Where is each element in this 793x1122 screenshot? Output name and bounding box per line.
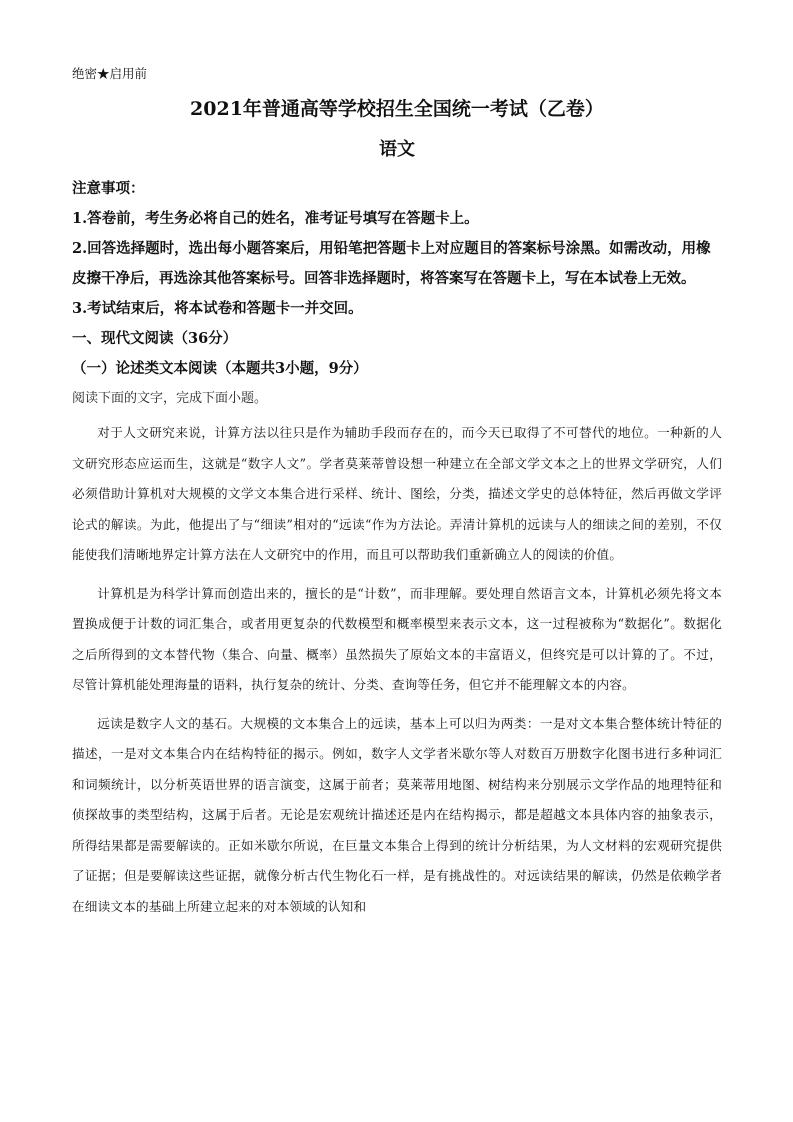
confidential-label: 绝密★启用前: [72, 66, 722, 82]
note-item: 3.考试结束后，将本试卷和答题卡一并交回。: [72, 294, 722, 324]
part-title: 一、现代文阅读（36分）: [72, 324, 722, 354]
note-item: 2.回答选择题时，选出每小题答案后，用铅笔把答题卡上对应题目的答案标号涂黑。如需…: [72, 234, 722, 294]
passage-paragraph: 计算机是为科学计算而创造出来的，擅长的是“计数”，而非理解。要处理自然语言文本，…: [72, 579, 722, 701]
note-item: 1.答卷前，考生务必将自己的姓名，准考证号填写在答题卡上。: [72, 204, 722, 234]
reading-instruction: 阅读下面的文字，完成下面小题。: [72, 384, 722, 414]
passage-paragraph: 对于人文研究来说，计算方法以往只是作为辅助手段而存在的，而今天已取得了不可替代的…: [72, 418, 722, 571]
passage: 对于人文研究来说，计算方法以往只是作为辅助手段而存在的，而今天已取得了不可替代的…: [72, 418, 722, 922]
exam-page: 绝密★启用前 2021年普通高等学校招生全国统一考试（乙卷） 语文 注意事项： …: [72, 66, 722, 930]
passage-paragraph: 远读是数字人文的基石。大规模的文本集合上的远读，基本上可以归为两类：一是对文本集…: [72, 709, 722, 923]
subsection-title: （一）论述类文本阅读（本题共3小题，9分）: [72, 354, 722, 384]
notes-heading: 注意事项：: [72, 174, 722, 204]
notes-block: 注意事项： 1.答卷前，考生务必将自己的姓名，准考证号填写在答题卡上。 2.回答…: [72, 174, 722, 324]
subject-title: 语文: [72, 138, 722, 162]
exam-title: 2021年普通高等学校招生全国统一考试（乙卷）: [72, 96, 722, 122]
